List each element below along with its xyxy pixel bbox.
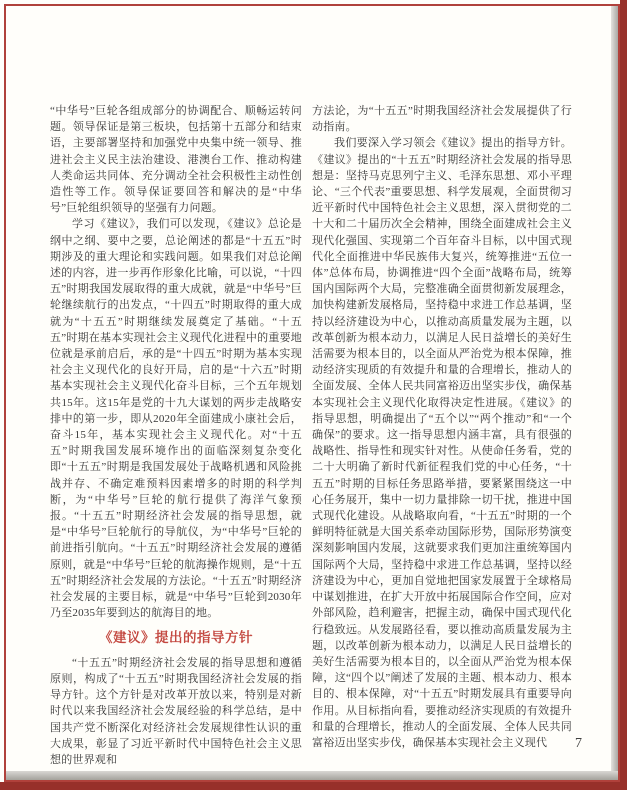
book-edge-shadow-bottom: [4, 771, 618, 782]
paragraph-continuation: “中华号”巨轮各组成部分的协调配合、顺畅运转问题。领导保证是第三板块，包括第十五…: [50, 103, 302, 216]
book-cover-edge-bottom: [0, 782, 627, 790]
paragraph: “十五五”时期经济社会发展的指导思想和遵循原则，构成了“十五五”时期我国经济社会…: [50, 655, 302, 768]
paragraph: 我们要深入学习领会《建议》提出的指导方针。《建议》提出的“十五五”时期经济社会发…: [312, 135, 572, 751]
book-cover-edge-right: [620, 0, 627, 790]
text-column-right: 方法论，为“十五五”时期我国经济社会发展提供了行动指南。 我们要深入学习领会《建…: [312, 103, 572, 751]
paragraph: 学习《建议》，我们可以发现，《建议》总论是纲中之纲、要中之要，总论阐述的都是“十…: [50, 216, 302, 621]
text-column-left: “中华号”巨轮各组成部分的协调配合、顺畅运转问题。领导保证是第三板块，包括第十五…: [50, 103, 302, 768]
book-edge-shadow-right: [611, 6, 618, 776]
page-number: 7: [566, 736, 582, 752]
paragraph-continuation: 方法论，为“十五五”时期我国经济社会发展提供了行动指南。: [312, 103, 572, 135]
section-heading: 《建议》提出的指导方针: [50, 630, 302, 646]
